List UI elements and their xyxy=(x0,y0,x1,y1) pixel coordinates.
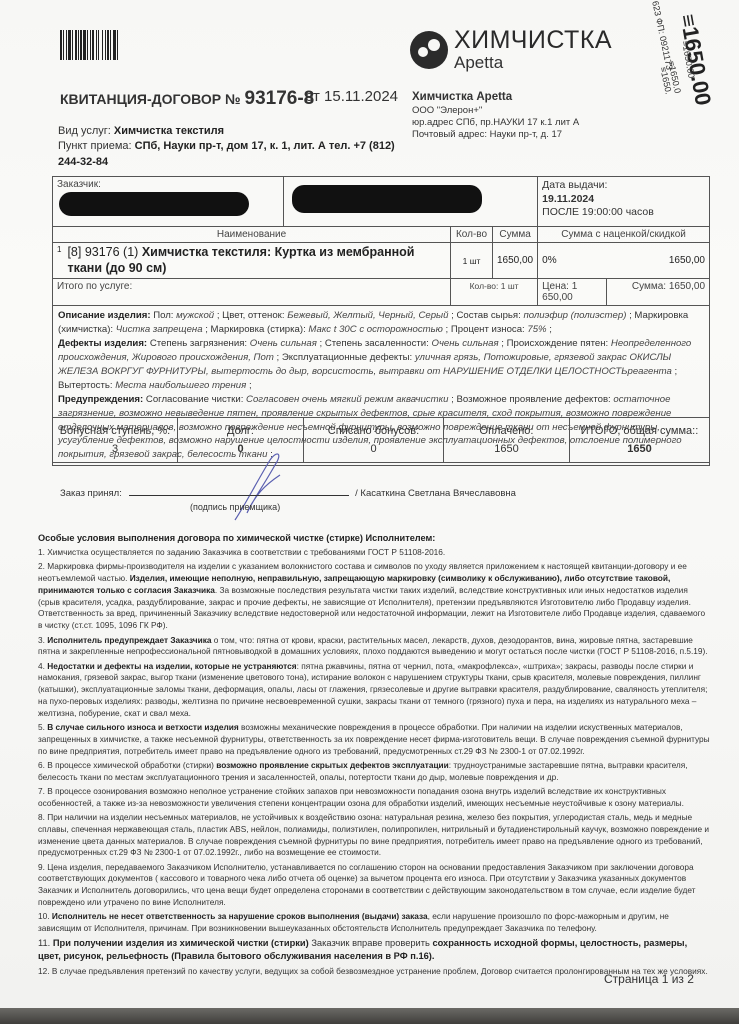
subtotal-row: Итого по услуге: Кол-во: 1 шт Цена: 1 65… xyxy=(53,279,710,306)
receipt-stamp-fn: 623 ФП: 0921173 xyxy=(650,0,674,71)
customer-contact-cell xyxy=(284,177,538,227)
service-value: Химчистка текстиля xyxy=(114,125,224,137)
special-conditions: Особые условия выполнения договора по хи… xyxy=(38,532,710,980)
text: Заказчик вправе проверить xyxy=(309,938,430,948)
text-bold: возможно проявление скрытых дефектов экс… xyxy=(216,760,449,770)
text: Степень загрязнения: xyxy=(150,338,247,349)
issue-date: 19.11.2024 xyxy=(542,193,705,207)
color-value: Бежевый, Желтый, Черный, Серый xyxy=(287,310,448,321)
customer-cell: Заказчик: xyxy=(53,177,284,227)
text: 5. xyxy=(38,722,45,732)
bonus-level-value: 3 xyxy=(57,441,173,459)
text-bold: Недостатки и дефекты на изделии, которые… xyxy=(47,661,296,671)
point-label: Пункт приема: xyxy=(58,140,132,152)
text-bold: Исполнитель не несет ответственность за … xyxy=(52,911,428,921)
condition-8: 8. При наличии на изделии несъемных мате… xyxy=(38,812,710,859)
text: ; Состав сырья: xyxy=(451,310,521,321)
grand-total-label: ИТОГО, общая сумма:: xyxy=(574,423,705,441)
conditions-title: Особые условия выполнения договора по хи… xyxy=(38,532,710,545)
text-bold: При получении изделия из химической чист… xyxy=(53,938,309,948)
debt-label: Долг: xyxy=(182,423,299,441)
signature-line xyxy=(129,495,349,496)
text: ; Эксплуатационные дефекты: xyxy=(277,352,413,363)
condition-4: 4. Недостатки и дефекты на изделии, кото… xyxy=(38,661,710,720)
paid-value: 1650 xyxy=(448,441,565,459)
customer-row: Заказчик: Дата выдачи: 19.11.2024 ПОСЛЕ … xyxy=(53,177,710,227)
issue-time: ПОСЛЕ 19:00:00 часов xyxy=(542,206,705,220)
item-discount: 0% xyxy=(542,255,556,266)
company-name: Химчистка Apetta xyxy=(412,90,579,104)
condition-2: 2. Маркировка фирмы-производителя на изд… xyxy=(38,561,710,632)
item-index: 1 xyxy=(57,245,61,276)
signature-scribble xyxy=(225,445,295,525)
condition-1: 1. Химчистка осуществляется по заданию З… xyxy=(38,547,710,559)
subtotal-qty: Кол-во: 1 шт xyxy=(451,279,538,306)
text: ; Происхождение пятен: xyxy=(501,338,608,349)
text: ; Цвет, оттенок: xyxy=(217,310,285,321)
warnings-label: Предупреждения: xyxy=(58,394,143,405)
subtotal-label: Итого по услуге: xyxy=(53,279,451,306)
company-logo: ХИМЧИСТКА Apetta xyxy=(410,28,612,71)
text-bold: Исполнитель предупреждает Заказчика xyxy=(47,635,211,645)
text: 10. xyxy=(38,911,50,921)
scan-bottom-edge xyxy=(0,1008,739,1024)
item-total-cell: 0% 1650,00 xyxy=(538,243,710,279)
item-defects: Дефекты изделия: Степень загрязнения: Оч… xyxy=(58,337,704,393)
signature-caption: (подпись приемщика) xyxy=(190,502,280,512)
paid-label: Оплачено: xyxy=(448,423,565,441)
company-postal-address: Почтовый адрес: Науки пр-т, д. 17 xyxy=(412,129,579,141)
item-prefix: [8] 93176 (1) xyxy=(67,245,138,259)
text: ; Маркировка (стирка): xyxy=(205,324,306,335)
dryclean-marking-value: Чистка запрещена xyxy=(116,324,203,335)
issue-date-cell: Дата выдачи: 19.11.2024 ПОСЛЕ 19:00:00 ч… xyxy=(538,177,710,227)
company-legal-address: юр.адрес СПб, пр.НАУКИ 17 к.1 лит А xyxy=(412,117,579,129)
item-qty: 1 шт xyxy=(451,243,493,279)
company-legal: ООО "Элерон+" xyxy=(412,105,579,117)
table-row: 1 [8] 93176 (1) Химчистка текстиля: Курт… xyxy=(53,243,710,279)
receipt-document: ХИМЧИСТКА Apetta ≡1650.00 ≡1650.00 ≡1650… xyxy=(0,0,739,1010)
item-sum: 1650,00 xyxy=(492,243,537,279)
text: ; Степень засаленности: xyxy=(320,338,429,349)
text: ; xyxy=(249,380,252,391)
column-header-sum: Сумма xyxy=(492,227,537,243)
column-header-total: Сумма с наценкой/скидкой xyxy=(538,227,710,243)
document-date: от 15.11.2024 xyxy=(305,88,398,105)
grease-value: Очень сильная xyxy=(432,338,499,349)
item-description: Описание изделия: Пол: мужской ; Цвет, о… xyxy=(58,309,704,337)
cleaning-agreed-value: Согласовен очень мягкий режим аквачистки xyxy=(246,394,448,405)
service-label: Вид услуг: xyxy=(58,125,111,137)
condition-7: 7. В процессе озонирования возможно непо… xyxy=(38,786,710,810)
redacted-customer-name xyxy=(59,192,249,216)
material-value: полиэфир (полиэстер) xyxy=(523,310,626,321)
condition-6: 6. В процессе химической обработки (стир… xyxy=(38,760,710,784)
payment-summary-table: Бонусная ступень, %: 3 Долг: 0 Списано б… xyxy=(52,417,710,463)
bonus-level-label: Бонусная ступень, %: xyxy=(57,423,173,441)
page-number: Страница 1 из 2 xyxy=(604,972,694,986)
item-total: 1650,00 xyxy=(669,255,705,266)
text: Пол: xyxy=(153,310,173,321)
wash-marking-value: Макс t 30С с осторожностью xyxy=(308,324,442,335)
defects-label: Дефекты изделия: xyxy=(58,338,147,349)
text: Согласование чистки: xyxy=(146,394,243,405)
document-label: КВИТАНЦИЯ-ДОГОВОР № xyxy=(60,91,241,107)
subtotal-sum: Сумма: 1650,00 xyxy=(607,279,710,306)
document-number: 93176-8 xyxy=(245,88,315,109)
document-title: КВИТАНЦИЯ-ДОГОВОР № 93176-8 xyxy=(60,88,314,110)
logo-title: ХИМЧИСТКА xyxy=(454,28,612,53)
text-bold: В случае сильного износа и ветхости изде… xyxy=(47,722,239,732)
condition-10: 10. Исполнитель не несет ответственность… xyxy=(38,911,710,935)
accepted-by-name: / Касаткина Светлана Вячеславовна xyxy=(355,488,516,499)
bonus-written-off-cell: Списано бонусов: 0 xyxy=(304,418,444,463)
text: 3. xyxy=(38,635,45,645)
customer-label: Заказчик: xyxy=(57,179,279,190)
table-header-row: Наименование Кол-во Сумма Сумма с наценк… xyxy=(53,227,710,243)
grand-total-value: 1650 xyxy=(574,441,705,459)
signature-block: Заказ принял: / Касаткина Светлана Вячес… xyxy=(60,488,710,499)
text: ; Возможное проявление дефектов: xyxy=(451,394,611,405)
column-header-qty: Кол-во xyxy=(451,227,493,243)
bonus-written-off-value: 0 xyxy=(308,441,439,459)
accepted-by-label: Заказ принял: xyxy=(60,488,122,499)
bonus-level-cell: Бонусная ступень, %: 3 xyxy=(53,418,178,463)
item-name-cell: 1 [8] 93176 (1) Химчистка текстиля: Курт… xyxy=(53,243,451,279)
condition-5: 5. В случае сильного износа и ветхости и… xyxy=(38,722,710,757)
text: 4. xyxy=(38,661,45,671)
condition-3: 3. Исполнитель предупреждает Заказчика о… xyxy=(38,635,710,659)
issue-date-label: Дата выдачи: xyxy=(542,179,705,193)
wornout-value: Места наибольшего трения xyxy=(115,380,246,391)
text: ; xyxy=(549,324,552,335)
logo-subtitle: Apetta xyxy=(454,54,612,71)
description-label: Описание изделия: xyxy=(58,310,151,321)
condition-9: 9. Цена изделия, передаваемого Заказчико… xyxy=(38,862,710,909)
grand-total-cell: ИТОГО, общая сумма:: 1650 xyxy=(570,418,710,463)
text: 6. В процессе химической обработки (стир… xyxy=(38,760,214,770)
wear-value: 75% xyxy=(527,324,546,335)
dirt-value: Очень сильная xyxy=(250,338,317,349)
company-info: Химчистка Apetta ООО "Элерон+" юр.адрес … xyxy=(412,90,579,141)
barcode xyxy=(60,30,170,60)
service-info: Вид услуг: Химчистка текстиля Пункт прие… xyxy=(58,124,408,170)
logo-icon xyxy=(410,31,448,69)
text: ; Процент износа: xyxy=(446,324,525,335)
receipt-stamp-total: ≡1650.00 xyxy=(674,12,716,107)
condition-11: 11. При получении изделия из химической … xyxy=(38,937,710,963)
gender-value: мужской xyxy=(176,310,214,321)
column-header-name: Наименование xyxy=(53,227,451,243)
paid-cell: Оплачено: 1650 xyxy=(444,418,570,463)
bonus-written-off-label: Списано бонусов: xyxy=(308,423,439,441)
subtotal-price: Цена: 1 650,00 xyxy=(538,279,607,306)
text: 11. xyxy=(38,938,50,948)
redacted-customer-contact xyxy=(292,185,482,213)
